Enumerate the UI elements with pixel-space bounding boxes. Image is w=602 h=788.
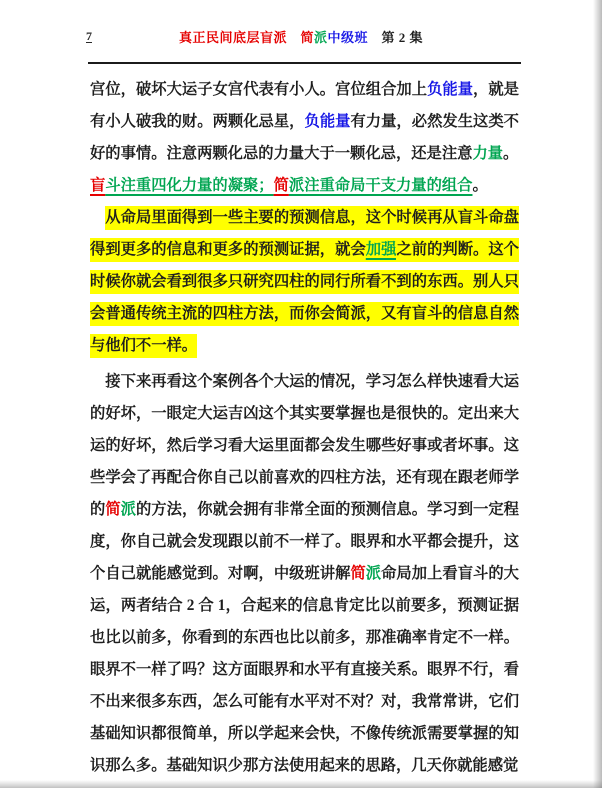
text-segment: 派注重命局干支力量的组合 [289,177,473,194]
scan-edge-bottom [0,780,602,788]
text-segment: 真正民间底层盲派 [179,30,287,45]
text-segment: 接下来再看这个案例各个大运的情况，学习怎么样快速看大运的好坏，一眼定大运吉凶这个… [90,373,519,518]
text-segment: 加强 [366,238,397,262]
page-body: 宫位，破坏大运子女宫代表有小人。宫位组合加上负能量，就是有小人破我的财。两颗化忌… [90,74,519,782]
text-segment: 第 2 集 [382,30,424,45]
text-segment: 负能量 [427,81,473,98]
page-title: 真正民间底层盲派 简派中级班 第 2 集 [0,27,602,46]
text-segment: 负能量 [305,113,351,130]
text-segment: 派 [314,30,328,45]
scan-edge-right [593,0,602,788]
text-segment: 派 [366,565,381,582]
paragraph-highlighted: 从命局里面得到一些主要的预测信息，这个时候再从盲斗命盘得到更多的信息和更多的预测… [90,202,519,362]
paragraph-gongwei: 宫位，破坏大运子女宫代表有小人。宫位组合加上负能量，就是有小人破我的财。两颗化忌… [90,74,519,170]
text-segment: 中级班 [328,30,369,45]
text-segment: 。 [472,177,487,194]
text-segment: 简 [274,177,289,194]
text-segment: 宫位，破坏大运子女宫代表有小人。宫位组合加上 [90,81,427,98]
text-segment: 。 [503,145,518,162]
text-segment: 盲 [90,177,105,194]
text-segment: 斗注重四化力量的凝聚； [105,177,273,194]
paragraph-emphasis-rule: 盲斗注重四化力量的凝聚；简派注重命局干支力量的组合。 [90,170,519,202]
text-segment: 简 [105,501,120,518]
text-segment: 简 [300,30,314,45]
paragraph-dayun-lesson: 接下来再看这个案例各个大运的情况，学习怎么样快速看大运的好坏，一眼定大运吉凶这个… [90,366,519,782]
document-page: 7 真正民间底层盲派 简派中级班 第 2 集 宫位，破坏大运子女宫代表有小人。宫… [0,0,602,788]
text-segment [287,30,301,45]
text-segment: 简 [350,565,365,582]
text-segment: 派 [121,501,136,518]
text-segment: 命局加上看盲斗的大运，两者结合 2 合 1，合起来的信息肯定比以前要多，预测证据… [90,565,519,774]
text-segment [368,30,382,45]
header-rule [88,62,521,64]
text-segment: 力量 [472,145,503,162]
